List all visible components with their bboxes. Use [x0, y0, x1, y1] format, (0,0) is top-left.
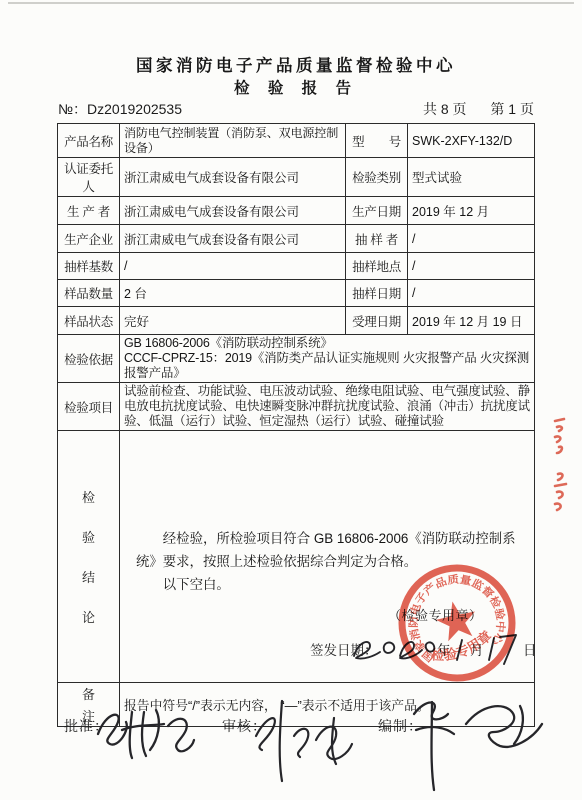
- report-number: №：Dz2019202535: [58, 99, 182, 119]
- meta-line: №：Dz2019202535 共 8 页 第 1 页: [58, 99, 534, 119]
- review-label: 审核：: [222, 716, 267, 736]
- stamp-note: （检验专用章）: [388, 605, 483, 624]
- conclusion-label: 检 验 结 论: [58, 431, 120, 683]
- report-table: 产品名称 消防电气控制装置（消防泵、双电源控制设备） 型 号 SWK-2XFY-…: [57, 123, 535, 727]
- page-current: 第 1 页: [490, 101, 534, 117]
- sign-date-label: 签发日期：: [310, 639, 378, 659]
- row-label: 产品名称: [58, 124, 120, 158]
- row-value: 2019 年 12 月 19 日: [408, 307, 535, 335]
- inspection-items-row: 检验项目 试验前检查、功能试验、电压波动试验、绝缘电阻试验、电气强度试验、静电放…: [58, 383, 535, 431]
- basis-line1: GB 16806-2006《消防联动控制系统》: [124, 336, 530, 351]
- row-value: 2019 年 12 月: [408, 197, 535, 225]
- row-label: 抽 样 者: [346, 225, 408, 253]
- row-value: SWK-2XFY-132/D: [408, 124, 535, 158]
- row-label: 生产日期: [346, 197, 408, 225]
- year-char: 年: [437, 639, 451, 659]
- inspection-basis-row: 检验依据 GB 16806-2006《消防联动控制系统》 CCCF-CPRZ-1…: [58, 335, 535, 383]
- remark-text: 报告中符号“/”表示无内容， “—”表示不适用于该产品。: [120, 683, 535, 727]
- inspection-items-text: 试验前检查、功能试验、电压波动试验、绝缘电阻试验、电气强度试验、静电放电抗扰度试…: [120, 383, 535, 431]
- row-label: 检验依据: [58, 335, 120, 383]
- row-label: 生产企业: [58, 225, 120, 253]
- table-row: 认证委托人 浙江肃威电气成套设备有限公司 检验类别 型式试验: [58, 158, 535, 197]
- remark-row: 备 注 报告中符号“/”表示无内容， “—”表示不适用于该产品。: [58, 683, 535, 727]
- page-indicator: 共 8 页 第 1 页: [403, 99, 534, 119]
- row-label: 抽样日期: [346, 280, 408, 307]
- row-label: 抽样基数: [58, 253, 120, 280]
- row-label: 样品数量: [58, 280, 120, 307]
- conclusion-row: 检 验 结 论 经检验，所检验项目符合 GB 16806-2006《消防联动控制…: [58, 431, 535, 683]
- row-label: 型 号: [346, 124, 408, 158]
- basis-line2: CCCF-CPRZ-15：2019《消防类产品认证实施规则 火灾报警产品 火灾探…: [124, 351, 530, 381]
- row-label: 检验项目: [58, 383, 120, 431]
- approve-label: 批准：: [64, 716, 109, 736]
- scan-edge-artifact: [8, 2, 574, 4]
- edge-seal-fragment: [548, 414, 572, 518]
- table-row: 抽样基数 / 抽样地点 /: [58, 253, 535, 280]
- row-value: 浙江肃威电气成套设备有限公司: [120, 225, 346, 253]
- row-value: 浙江肃威电气成套设备有限公司: [120, 197, 346, 225]
- row-value: /: [120, 253, 346, 280]
- table-row: 生产企业 浙江肃威电气成套设备有限公司 抽 样 者 /: [58, 225, 535, 253]
- month-char: 月: [470, 639, 484, 659]
- row-value: /: [408, 225, 535, 253]
- org-title: 国家消防电子产品质量监督检验中心: [58, 52, 534, 76]
- report-page: 国家消防电子产品质量监督检验中心 检 验 报 告 №：Dz2019202535 …: [0, 0, 582, 800]
- row-label: 受理日期: [346, 307, 408, 335]
- row-value: 型式试验: [408, 158, 535, 197]
- table-row: 产品名称 消防电气控制装置（消防泵、双电源控制设备） 型 号 SWK-2XFY-…: [58, 124, 535, 158]
- row-value: 2 台: [120, 280, 346, 307]
- row-label: 检验类别: [346, 158, 408, 197]
- table-row: 样品状态 完好 受理日期 2019 年 12 月 19 日: [58, 307, 535, 335]
- table-row: 生 产 者 浙江肃威电气成套设备有限公司 生产日期 2019 年 12 月: [58, 197, 535, 225]
- row-value: 消防电气控制装置（消防泵、双电源控制设备）: [120, 124, 346, 158]
- row-label: 生 产 者: [58, 197, 120, 225]
- conclusion-blank-note: 以下空白。: [136, 573, 518, 596]
- row-value: /: [408, 253, 535, 280]
- inspection-basis-text: GB 16806-2006《消防联动控制系统》 CCCF-CPRZ-15：201…: [120, 335, 535, 383]
- day-char: 日: [523, 639, 537, 659]
- row-label: 认证委托人: [58, 158, 120, 197]
- doc-title: 检 验 报 告: [58, 76, 534, 98]
- row-label: 样品状态: [58, 307, 120, 335]
- row-value: 浙江肃威电气成套设备有限公司: [120, 158, 346, 197]
- row-value: 完好: [120, 307, 346, 335]
- pages-total: 共 8 页: [423, 101, 467, 117]
- prepare-label: 编制：: [378, 716, 423, 736]
- row-value: /: [408, 280, 535, 307]
- conclusion-paragraph: 经检验，所检验项目符合 GB 16806-2006《消防联动控制系统》要求，按照…: [136, 527, 518, 573]
- table-row: 样品数量 2 台 抽样日期 /: [58, 280, 535, 307]
- row-label: 抽样地点: [346, 253, 408, 280]
